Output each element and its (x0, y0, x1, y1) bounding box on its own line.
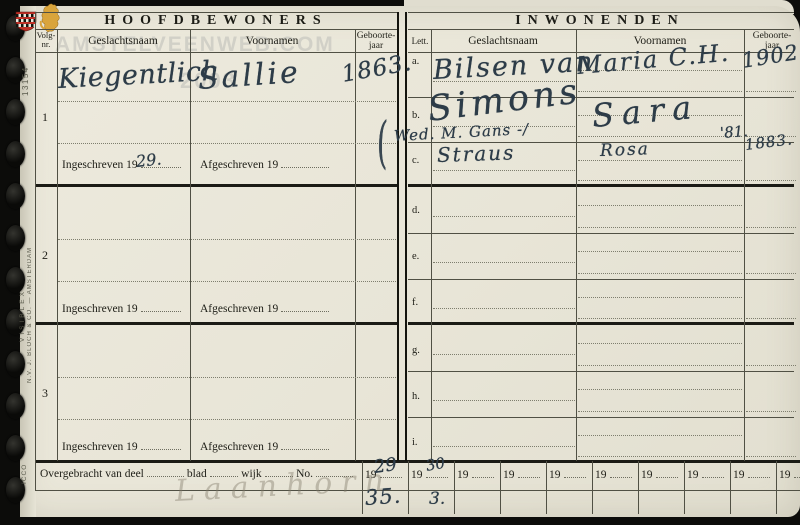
col-volgnr: Volg-nr. (36, 31, 56, 50)
year-cell: 19 (733, 468, 773, 481)
year-cell: 19 (503, 468, 543, 481)
binder-ring (6, 141, 25, 167)
section-divider (397, 12, 407, 461)
year-cell: 19 (687, 468, 727, 481)
dotted-line (578, 343, 742, 344)
gridline-vertical (35, 12, 36, 490)
binder-ring (6, 99, 25, 125)
gridline-vertical (355, 29, 356, 461)
gridline-vertical (592, 461, 593, 514)
dotted-line (433, 216, 575, 217)
dotted-line (578, 227, 742, 228)
dotted-line (433, 354, 575, 355)
hw-footer-3: 3. (429, 489, 445, 509)
margin-serial: 13154 (21, 44, 30, 96)
dotted-line (433, 170, 575, 171)
dotted-line (746, 91, 796, 92)
year-cell: 19 (549, 468, 589, 481)
col-voornamen-left: Voornamen (246, 35, 299, 47)
gridline-vertical (744, 29, 745, 461)
lion-icon (41, 4, 60, 32)
gridline-heavy (35, 460, 800, 463)
dotted-line (578, 389, 742, 390)
dotted-line (578, 435, 742, 436)
letter-label-c: c. (412, 155, 419, 166)
dotted-line (58, 377, 396, 378)
margin-publisher: N.V. J. BLOCH & CO. — AMSTERDAM (27, 188, 33, 383)
gridline-vertical (408, 461, 409, 514)
binder-ring (6, 183, 25, 209)
gridline (408, 279, 794, 280)
gridline-vertical (684, 461, 685, 514)
dotted-line (58, 419, 396, 420)
gridline-heavy (408, 184, 794, 187)
gridline (408, 371, 794, 372)
gridline-vertical (730, 461, 731, 514)
hw-firstnames-c: Rosa (600, 139, 651, 161)
gridline (35, 490, 800, 491)
dotted-line (58, 239, 396, 240)
dotted-line (58, 143, 396, 144)
gridline-vertical (776, 461, 777, 514)
gridline-vertical (546, 461, 547, 514)
dotted-line (433, 400, 575, 401)
year-cell: 19 (457, 468, 497, 481)
afgeschreven-row-2: Afgeschreven 19 (200, 302, 332, 315)
dotted-line (58, 101, 396, 102)
dotted-line (433, 446, 575, 447)
register-scan: AMSTELVEENWEB.COM 2003 13154 VISIBLEX N.… (0, 0, 800, 525)
hw-brace-mark: ( (376, 110, 388, 176)
section-title-inwonenden: INWONENDEN (515, 13, 685, 29)
gridline (35, 29, 397, 30)
letter-label-i: i. (412, 437, 418, 448)
gridline (408, 417, 794, 418)
dotted-line (578, 136, 742, 137)
col-geslachtsnaam-left: Geslachtsnaam (88, 35, 158, 47)
dotted-line (746, 365, 796, 366)
col-geslachtsnaam-right: Geslachtsnaam (468, 35, 538, 47)
margin-brand: VISIBLEX (19, 212, 26, 342)
ingeschreven-row-3: Ingeschreven 19 (62, 440, 184, 453)
dotted-line (746, 318, 796, 319)
gridline (35, 52, 397, 53)
letter-label-d: d. (412, 205, 420, 216)
letter-label-g: g. (412, 345, 420, 356)
dotted-line (578, 205, 742, 206)
ingeschreven-row-1: Ingeschreven 19 (62, 158, 184, 171)
year-cell: 19 (779, 468, 800, 481)
dotted-line (578, 411, 742, 412)
hw-footer-year-30: 30 (424, 454, 446, 475)
binder-ring (6, 351, 25, 377)
letter-label-a: a. (412, 56, 419, 67)
gridline (408, 29, 794, 30)
col-geboortejaar-left: Geboorte-jaar (357, 31, 396, 52)
binder-ring (6, 393, 25, 419)
hw-surname-c: Straus (437, 140, 516, 167)
letter-label-b: b. (412, 110, 420, 121)
letter-label-f: f. (412, 297, 418, 308)
dotted-line (433, 308, 575, 309)
row-number-2: 2 (42, 248, 48, 263)
dotted-line (746, 273, 796, 274)
row-number-3: 3 (42, 386, 48, 401)
gridline-vertical (454, 461, 455, 514)
dotted-line (578, 318, 742, 319)
dotted-line (58, 281, 396, 282)
letter-label-e: e. (412, 251, 419, 262)
ingeschreven-row-2: Ingeschreven 19 (62, 302, 184, 315)
dotted-line (578, 251, 742, 252)
year-cell: 19 (641, 468, 681, 481)
dotted-line (746, 456, 796, 457)
dotted-line (578, 365, 742, 366)
dotted-line (746, 227, 796, 228)
margin-code: ICCO (21, 448, 28, 484)
dotted-line (578, 273, 742, 274)
gridline-vertical (638, 461, 639, 514)
hw-firstnames-main: Sallie (197, 55, 302, 97)
gridline (408, 233, 794, 234)
dotted-line (746, 411, 796, 412)
letter-label-h: h. (412, 391, 420, 402)
hw-ingeschreven-year: 29. (135, 149, 162, 171)
dotted-line (578, 297, 742, 298)
dotted-line (433, 262, 575, 263)
gridline-vertical (500, 461, 501, 514)
gridline-heavy (35, 322, 397, 325)
gridline-vertical (190, 29, 191, 461)
row-number-1: 1 (42, 110, 48, 125)
gridline-heavy (35, 184, 397, 187)
afgeschreven-row-1: Afgeschreven 19 (200, 158, 332, 171)
afgeschreven-row-3: Afgeschreven 19 (200, 440, 332, 453)
dotted-line (578, 180, 742, 181)
year-cell: 19 (595, 468, 635, 481)
dotted-line (578, 456, 742, 457)
dotted-line (746, 180, 796, 181)
col-lett: Lett. (412, 36, 429, 46)
section-title-hoofdbewoners: HOOFDBEWONERS (104, 13, 327, 29)
gridline-heavy (408, 322, 794, 325)
